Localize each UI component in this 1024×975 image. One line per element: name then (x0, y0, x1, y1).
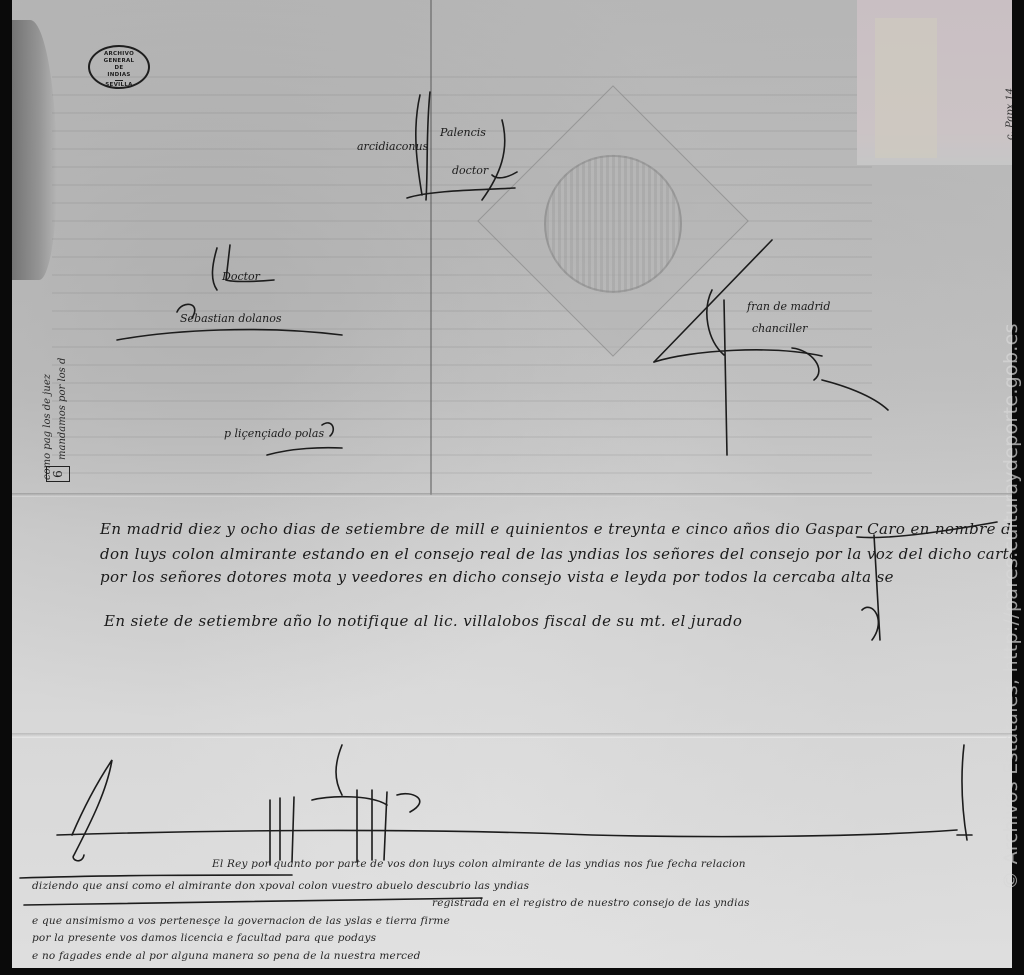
manuscript-sheet: ARCHIVO GENERAL DE INDIAS SEVILLA (12, 0, 1012, 968)
main-text-line-3: por los señores dotores mota y veedores … (100, 568, 894, 586)
signature-top-center-1: arcidiaconus (357, 140, 428, 153)
signature-right-1: fran de madrid (747, 300, 830, 313)
water-stain (12, 20, 57, 280)
signature-top-left-2: Sebastian dolanos (180, 312, 281, 325)
repair-patch (857, 0, 1012, 165)
margin-note-2: mandamos por los d (57, 358, 68, 460)
stamp-line-2: DE (115, 65, 124, 71)
bottom-text-line-6: e no fagades ende al por alguna manera s… (32, 950, 421, 962)
signature-top-center-2: Palencis (440, 126, 486, 139)
signature-top-left-1: Doctor (222, 270, 260, 283)
main-text-line-2: don luys colon almirante estando en el c… (100, 545, 1012, 563)
signature-top-center-3: doctor (452, 164, 488, 177)
margin-note-1: como pag los de juez (42, 374, 53, 480)
shelfmark: c. Papx 14 (1005, 88, 1012, 140)
bottom-text-line-1: El Rey por quanto por parte de vos don l… (212, 858, 746, 870)
main-text-line-4: En siete de setiembre año lo notifique a… (104, 612, 742, 630)
bottom-text-line-2: diziendo que ansi como el almirante don … (32, 880, 529, 892)
stamp-line-1: ARCHIVO GENERAL (104, 51, 135, 64)
copyright-watermark: © Archivos Estatales, http://pares.cultu… (1000, 323, 1022, 890)
stamp-line-3: INDIAS (107, 72, 130, 78)
fold-line-vertical (430, 0, 432, 495)
bottom-text-line-4: e que ansimismo a vos pertenesçe la gove… (32, 915, 450, 927)
stamp-line-4: SEVILLA (105, 82, 132, 88)
archive-stamp: ARCHIVO GENERAL DE INDIAS SEVILLA (88, 45, 150, 89)
main-text-line-1: En madrid diez y ocho dias de setiembre … (100, 520, 1012, 538)
faded-reverse-text (52, 60, 872, 480)
folio-number: 6 (46, 466, 70, 482)
signature-mid-left: p liçençiado polas (224, 427, 324, 440)
fold-line-horizontal-2 (12, 733, 1012, 738)
bottom-text-line-3: registrada en el registro de nuestro con… (432, 897, 750, 909)
bottom-text-line-5: por la presente vos damos licencia e fac… (32, 932, 376, 944)
royal-arms-seal-icon (544, 155, 682, 293)
fold-line-horizontal-1 (12, 493, 1012, 497)
signature-right-2: chanciller (752, 322, 807, 335)
